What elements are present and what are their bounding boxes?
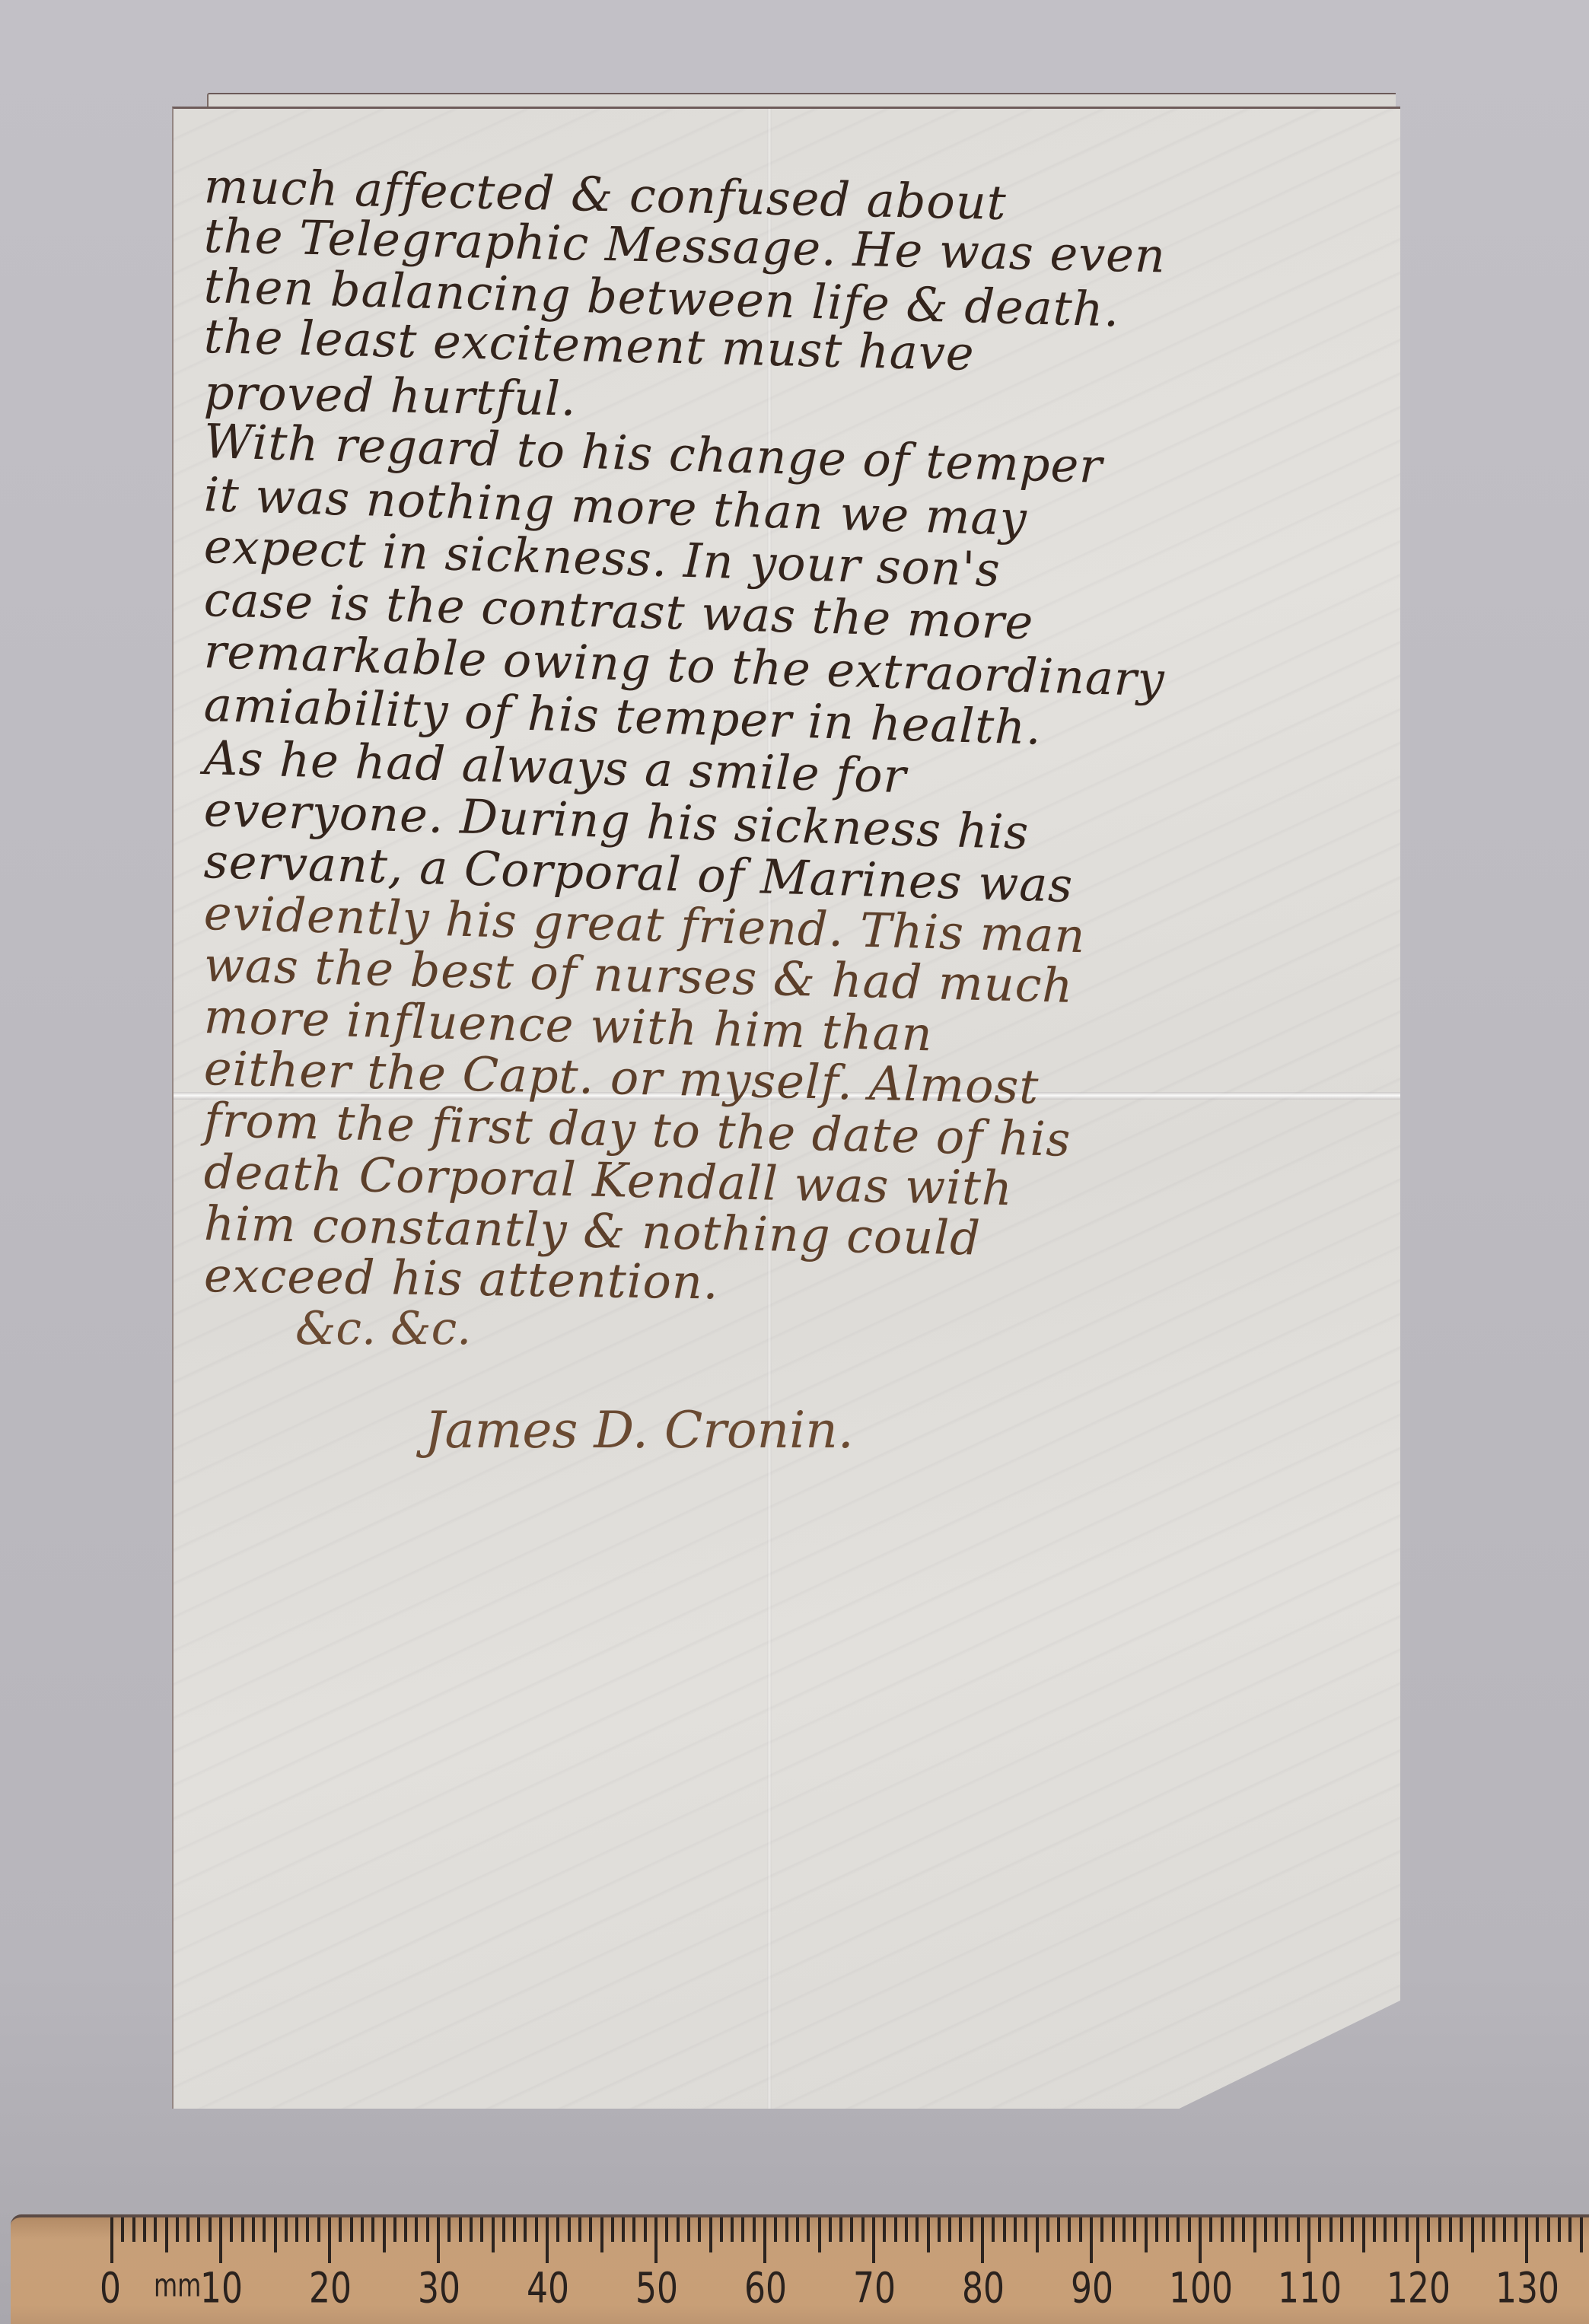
ruler-tick xyxy=(415,2217,418,2242)
ruler-tick xyxy=(1514,2217,1517,2242)
ruler-tick xyxy=(1351,2217,1354,2242)
ruler-tick xyxy=(274,2217,277,2252)
ruler-label: 60 xyxy=(744,2265,787,2313)
ruler-tick xyxy=(252,2217,255,2242)
ruler-label: 20 xyxy=(309,2265,352,2313)
ruler-tick xyxy=(1384,2217,1387,2242)
ruler-label: 70 xyxy=(853,2265,896,2313)
ruler-tick xyxy=(687,2217,690,2242)
ruler-tick xyxy=(992,2217,995,2242)
ruler-tick xyxy=(753,2217,756,2242)
ruler-tick xyxy=(513,2217,516,2242)
ruler-tick xyxy=(1449,2217,1452,2242)
ruler-tick xyxy=(568,2217,571,2242)
ruler-tick xyxy=(459,2217,462,2242)
ruler-tick xyxy=(839,2217,842,2242)
ruler-tick xyxy=(383,2217,386,2252)
ruler-tick xyxy=(1568,2217,1571,2242)
ruler-tick xyxy=(197,2217,200,2242)
ruler-tick xyxy=(1482,2217,1485,2242)
ruler-tick xyxy=(970,2217,973,2242)
ruler-tick xyxy=(1079,2217,1082,2242)
ruler-label: 10 xyxy=(200,2265,243,2313)
ruler-tick xyxy=(1253,2217,1256,2252)
ruler-tick xyxy=(1362,2217,1365,2252)
ruler-tick xyxy=(110,2217,113,2263)
ruler-tick xyxy=(437,2217,440,2263)
ruler-tick xyxy=(1536,2217,1539,2242)
ruler-label: 120 xyxy=(1387,2265,1450,2313)
ruler-tick xyxy=(1242,2217,1245,2242)
ruler-tick xyxy=(1090,2217,1093,2263)
ruler-tick xyxy=(546,2217,549,2263)
ruler-tick xyxy=(1558,2217,1561,2242)
ruler-tick xyxy=(1046,2217,1049,2242)
ruler-tick xyxy=(1275,2217,1278,2242)
ruler-tick xyxy=(328,2217,331,2263)
ruler-tick xyxy=(644,2217,647,2242)
ruler-tick xyxy=(1100,2217,1103,2242)
ruler-tick xyxy=(1460,2217,1463,2242)
measuring-ruler: 0 mm 10 20 30 40 50 60 70 80 90 100 110 … xyxy=(11,2214,1589,2324)
ruler-tick xyxy=(1307,2217,1310,2263)
ruler-tick xyxy=(535,2217,538,2242)
ruler-tick xyxy=(1145,2217,1148,2252)
ruler-tick xyxy=(1024,2217,1027,2242)
closing-salutation: &c. &c. xyxy=(295,1302,471,1355)
ruler-label: 0 xyxy=(100,2265,121,2313)
ruler-tick xyxy=(709,2217,712,2252)
ruler-tick xyxy=(1112,2217,1115,2242)
ruler-tick xyxy=(219,2217,222,2263)
ruler-tick xyxy=(230,2217,233,2242)
ruler-tick xyxy=(1580,2217,1583,2252)
ruler-tick xyxy=(731,2217,734,2242)
ruler-tick xyxy=(1329,2217,1333,2242)
ruler-tick xyxy=(176,2217,179,2242)
ruler-tick xyxy=(938,2217,941,2242)
ruler-tick xyxy=(132,2217,135,2242)
ruler-tick xyxy=(1014,2217,1017,2242)
ruler-tick xyxy=(1547,2217,1550,2242)
ruler-tick xyxy=(698,2217,701,2242)
ruler-tick xyxy=(470,2217,473,2242)
ruler-tick xyxy=(492,2217,495,2252)
ruler-tick xyxy=(677,2217,680,2242)
ruler-tick xyxy=(1503,2217,1506,2242)
signature: James D. Cronin. xyxy=(425,1401,854,1460)
ruler-tick xyxy=(578,2217,581,2242)
ruler-tick xyxy=(295,2217,298,2242)
ruler-tick xyxy=(285,2217,288,2242)
ruler-tick xyxy=(1036,2217,1039,2252)
ruler-tick xyxy=(1199,2217,1202,2263)
ruler-tick xyxy=(404,2217,407,2242)
ruler-label: 40 xyxy=(527,2265,569,2313)
ruler-tick xyxy=(1166,2217,1169,2242)
ruler-tick xyxy=(186,2217,189,2242)
ruler-tick xyxy=(894,2217,897,2242)
ruler-tick xyxy=(807,2217,810,2242)
ruler-tick xyxy=(741,2217,744,2242)
ruler-tick xyxy=(1373,2217,1376,2242)
ruler-tick xyxy=(121,2217,124,2242)
ruler-tick xyxy=(1406,2217,1409,2242)
ruler-tick xyxy=(143,2217,146,2242)
ruler-tick xyxy=(1155,2217,1158,2242)
ruler-tick xyxy=(502,2217,505,2242)
ruler-tick xyxy=(480,2217,483,2242)
ruler-tick xyxy=(524,2217,527,2242)
ruler-tick xyxy=(654,2217,658,2263)
ruler-tick xyxy=(905,2217,908,2242)
ruler-tick xyxy=(317,2217,320,2242)
ruler-label: 90 xyxy=(1071,2265,1113,2313)
ruler-tick xyxy=(1525,2217,1528,2263)
ruler-tick xyxy=(785,2217,788,2242)
ruler-label: 100 xyxy=(1169,2265,1233,2313)
ruler-tick xyxy=(632,2217,635,2242)
ruler-tick xyxy=(774,2217,777,2242)
ruler-tick xyxy=(350,2217,353,2242)
ruler-tick xyxy=(829,2217,832,2242)
ruler-tick xyxy=(556,2217,559,2242)
ruler-tick xyxy=(1416,2217,1419,2263)
ruler-tick xyxy=(1264,2217,1267,2242)
ruler-tick xyxy=(1438,2217,1441,2242)
ruler-tick xyxy=(1340,2217,1343,2242)
letter-page: much affected & confused about the Teleg… xyxy=(172,107,1400,2109)
ruler-tick xyxy=(306,2217,309,2242)
ruler-tick xyxy=(1122,2217,1126,2242)
ruler-tick xyxy=(796,2217,799,2242)
ruler-tick xyxy=(339,2217,342,2242)
ruler-tick xyxy=(1492,2217,1495,2242)
ruler-tick xyxy=(1427,2217,1430,2242)
ruler-tick xyxy=(981,2217,984,2263)
ruler-tick xyxy=(165,2217,168,2252)
ruler-tick xyxy=(1057,2217,1060,2242)
ruler-tick xyxy=(1068,2217,1071,2242)
ruler-tick xyxy=(589,2217,592,2242)
ruler-label: 80 xyxy=(962,2265,1005,2313)
ruler-tick xyxy=(720,2217,723,2242)
ruler-tick xyxy=(883,2217,886,2242)
ruler-tick xyxy=(1221,2217,1224,2242)
ruler-tick xyxy=(948,2217,951,2242)
ruler-tick xyxy=(1231,2217,1234,2242)
ruler-tick xyxy=(447,2217,451,2242)
ruler-tick xyxy=(1471,2217,1474,2252)
ruler-tick xyxy=(861,2217,865,2242)
ruler-tick xyxy=(763,2217,766,2263)
ruler-tick xyxy=(209,2217,212,2242)
ruler-tick xyxy=(1209,2217,1212,2242)
ruler-tick xyxy=(927,2217,930,2252)
ruler-tick xyxy=(241,2217,244,2242)
ruler-tick xyxy=(622,2217,625,2242)
ruler-label: 50 xyxy=(635,2265,678,2313)
ruler-tick xyxy=(1177,2217,1180,2242)
ruler-tick xyxy=(361,2217,364,2242)
ruler-label: 110 xyxy=(1278,2265,1342,2313)
ruler-tick xyxy=(959,2217,962,2242)
ruler-tick xyxy=(1133,2217,1136,2242)
ruler-tick xyxy=(1394,2217,1397,2242)
ruler-tick xyxy=(1003,2217,1006,2242)
ruler-label: 130 xyxy=(1495,2265,1559,2313)
ruler-tick xyxy=(1318,2217,1321,2242)
ruler-tick xyxy=(818,2217,821,2252)
ruler-tick xyxy=(850,2217,853,2242)
ruler-tick xyxy=(371,2217,374,2242)
ruler-tick xyxy=(263,2217,266,2242)
ruler-tick xyxy=(393,2217,396,2242)
ruler-tick xyxy=(1285,2217,1288,2242)
ruler-tick xyxy=(665,2217,668,2242)
ruler-unit-label: mm xyxy=(154,2266,201,2303)
ruler-tick xyxy=(611,2217,614,2242)
ruler-tick xyxy=(154,2217,157,2242)
ruler-tick xyxy=(1188,2217,1191,2242)
ruler-tick xyxy=(600,2217,603,2252)
ruler-tick xyxy=(1297,2217,1300,2242)
letter-line: exceed his attention. xyxy=(203,1247,719,1310)
ruler-tick xyxy=(916,2217,919,2242)
ruler-label: 30 xyxy=(418,2265,460,2313)
ruler-tick xyxy=(872,2217,875,2263)
ruler-tick xyxy=(426,2217,429,2242)
